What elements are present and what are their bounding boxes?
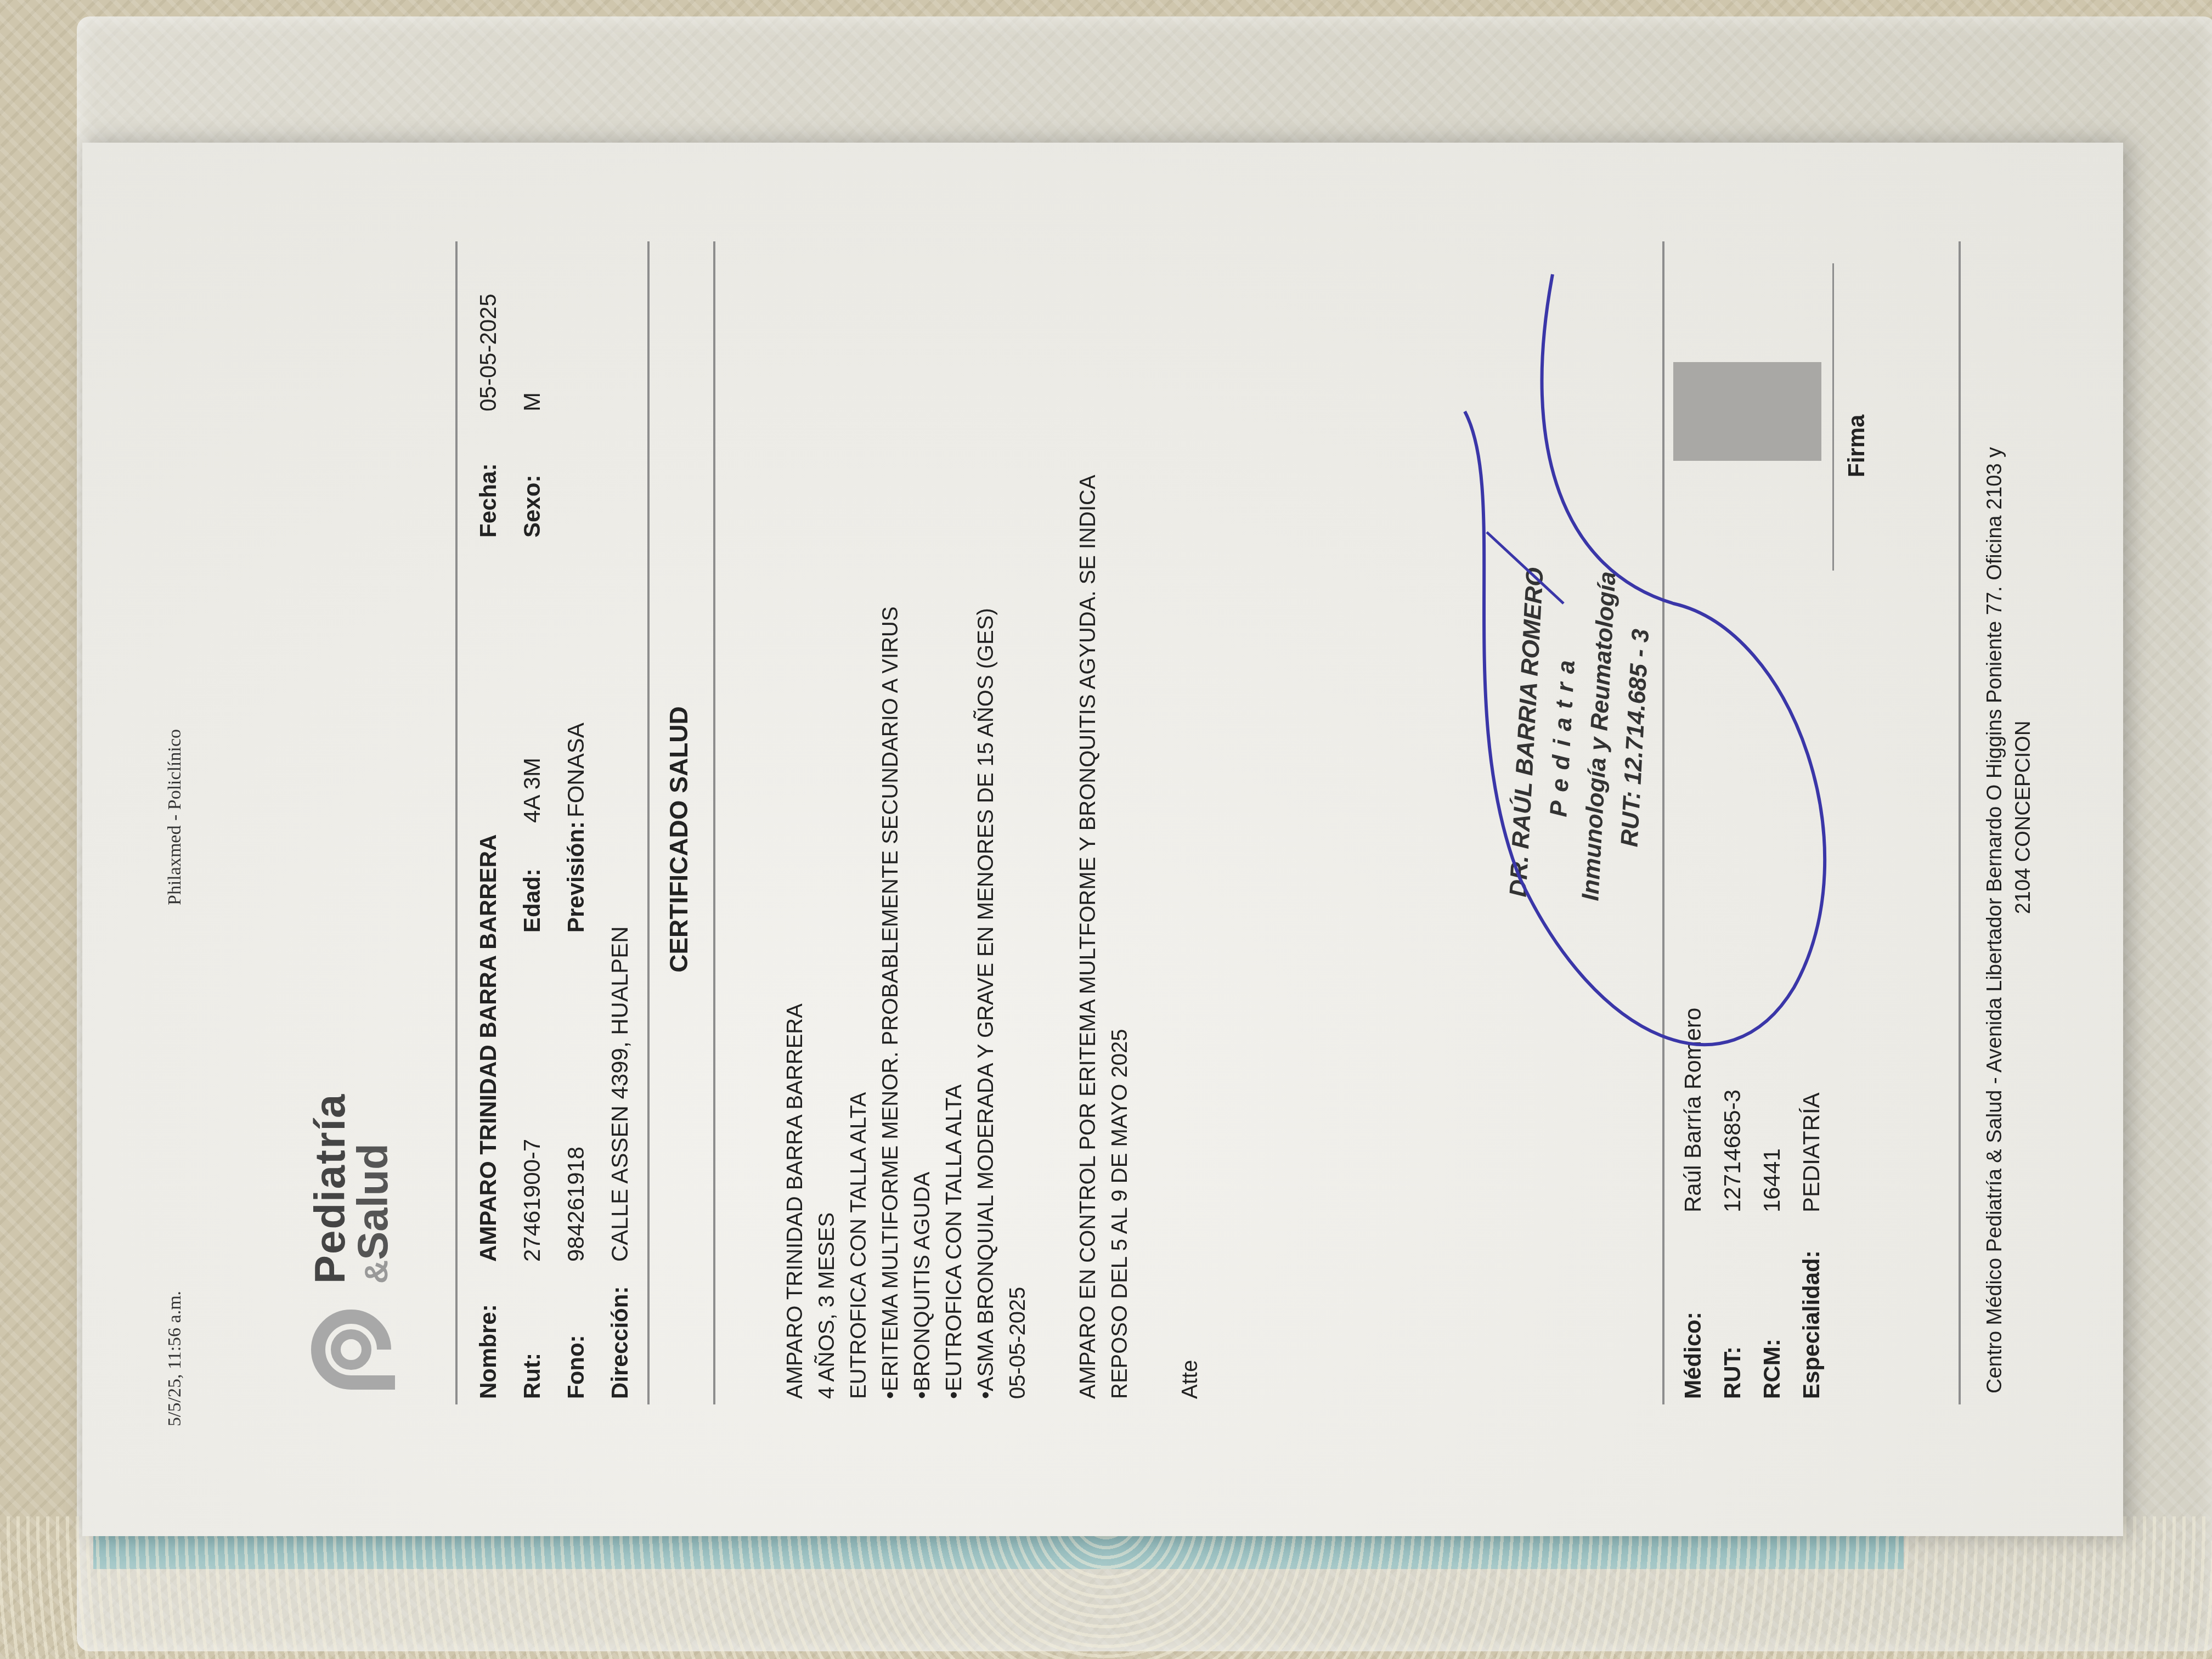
patient-rut: 27461900-7 (519, 933, 545, 1262)
doctor-rut-label: RUT: (1719, 1212, 1746, 1399)
sexo-label: Sexo: (519, 411, 545, 538)
edad-value: 4A 3M (519, 538, 545, 823)
diagnosis-item: EUTROFICA CON TALLA ALTA (938, 247, 970, 1399)
doctor-name: Raúl Barría Romero (1680, 1008, 1706, 1212)
clinic-logo: Pediatría &Salud (302, 1093, 400, 1399)
certificate-paper: 5/5/25, 11:56 a.m. Philaxmed - Policlíni… (82, 143, 2123, 1536)
footer-city: 2104 CONCEPCION (2009, 241, 2038, 1393)
direccion-label: Dirección: (607, 1262, 633, 1399)
body-date: 05-05-2025 (1002, 247, 1034, 1399)
closing: Atte (1174, 247, 1206, 1399)
footer-address: Centro Médico Pediatría & Salud - Avenid… (1980, 241, 2009, 1393)
edad-label: Edad: (519, 823, 545, 933)
patient-info: Nombre: AMPARO TRINIDAD BARRA BARRERA Fe… (466, 247, 642, 1399)
rut-label: Rut: (519, 1262, 545, 1399)
body-line: EUTROFICA CON TALLA ALTA (843, 247, 874, 1399)
doctor-rut: 12714685-3 (1719, 1090, 1746, 1212)
sexo-value: M (519, 247, 545, 411)
firma-label: Firma (1843, 415, 1870, 477)
print-source: Philaxmed - Policlínico (165, 729, 185, 905)
signature-image (1673, 362, 1821, 461)
prevision-value: FONASA (563, 723, 589, 817)
logo-text-salud: Salud (348, 1143, 397, 1260)
body-paragraph: AMPARO EN CONTROL POR ERITEMA MULTFORME … (1072, 247, 1104, 1399)
signature-line (1832, 263, 1834, 571)
medico-label: Médico: (1680, 1212, 1706, 1399)
document-title: CERTIFICADO SALUD (664, 143, 693, 1536)
divider (713, 241, 715, 1404)
diagnosis-item: BRONQUITIS AGUDA (906, 247, 938, 1399)
divider (647, 241, 650, 1404)
rcm-label: RCM: (1759, 1212, 1785, 1399)
clinic-footer: Centro Médico Pediatría & Salud - Avenid… (1980, 241, 2038, 1393)
prevision-label: Previsión: (563, 817, 589, 933)
logo-text-pediatria: Pediatría (308, 1093, 351, 1284)
logo-ampersand: & (358, 1260, 394, 1284)
divider (1662, 241, 1664, 1404)
divider (455, 241, 458, 1404)
diagnosis-item: ERITEMA MULTIFORME MENOR. PROBABLEMENTE … (874, 247, 906, 1399)
certificate-body: AMPARO TRINIDAD BARRA BARRERA 4 AÑOS, 3 … (779, 247, 1206, 1399)
body-line: AMPARO TRINIDAD BARRA BARRERA (779, 247, 811, 1399)
especialidad-label: Especialidad: (1798, 1212, 1825, 1399)
body-line: 4 AÑOS, 3 MESES (811, 247, 843, 1399)
doctor-rcm: 16441 (1759, 1148, 1785, 1212)
divider (1959, 241, 1961, 1404)
print-timestamp: 5/5/25, 11:56 a.m. (165, 1291, 185, 1426)
nombre-label: Nombre: (475, 1262, 501, 1399)
patient-fono: 984261918 (563, 933, 589, 1262)
fono-label: Fono: (563, 1262, 589, 1399)
lace-tablecloth (0, 1516, 2212, 1659)
doctor-info: Médico: Raúl Barría Romero RUT: 12714685… (1673, 1008, 1831, 1399)
pediatria-salud-logo-icon (302, 1300, 400, 1399)
diagnosis-item: ASMA BRONQUIAL MODERADA Y GRAVE EN MENOR… (970, 247, 1002, 1399)
doctor-stamp: DR. RAÚL BARRIA ROMERO Pediatra Inmunolo… (1498, 534, 1663, 936)
doctor-specialty: PEDIATRÍA (1798, 1092, 1825, 1212)
fecha-label: Fecha: (475, 411, 501, 538)
patient-name: AMPARO TRINIDAD BARRA BARRERA (475, 702, 501, 1262)
fecha-value: 05-05-2025 (475, 247, 501, 411)
body-paragraph: REPOSO DEL 5 AL 9 DE MAYO 2025 (1104, 247, 1136, 1399)
patient-address: CALLE ASSEN 4399, HUALPEN (607, 926, 633, 1262)
